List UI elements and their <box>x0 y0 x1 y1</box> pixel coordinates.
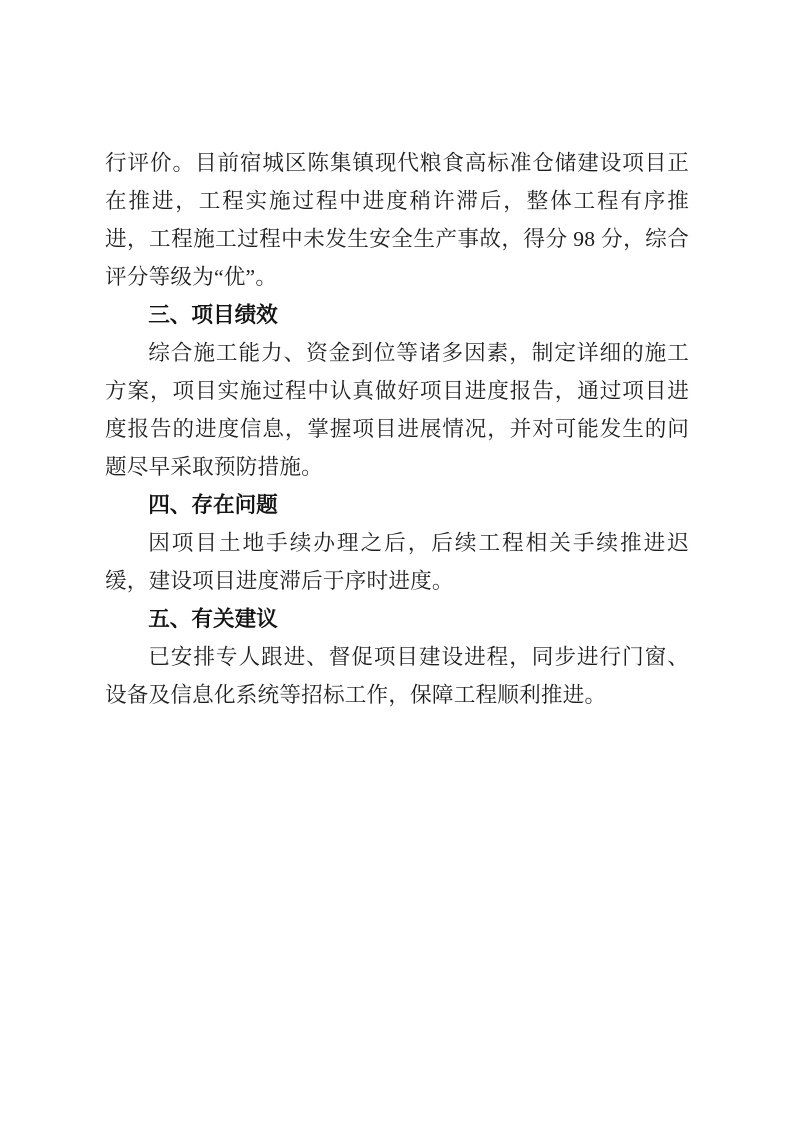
document-content: 行评价。目前宿城区陈集镇现代粮食高标准仓储建设项目正在推进，工程实施过程中进度稍… <box>105 144 689 714</box>
document-page: 行评价。目前宿城区陈集镇现代粮食高标准仓储建设项目正在推进，工程实施过程中进度稍… <box>0 0 793 1122</box>
heading-existing-problems: 四、存在问题 <box>105 486 689 524</box>
continuation-paragraph: 行评价。目前宿城区陈集镇现代粮食高标准仓储建设项目正在推进，工程实施过程中进度稍… <box>105 144 689 296</box>
heading-project-performance: 三、项目绩效 <box>105 296 689 334</box>
paragraph-project-performance: 综合施工能力、资金到位等诸多因素，制定详细的施工方案，项目实施过程中认真做好项目… <box>105 334 689 486</box>
heading-suggestions: 五、有关建议 <box>105 600 689 638</box>
paragraph-suggestions: 已安排专人跟进、督促项目建设进程，同步进行门窗、设备及信息化系统等招标工作，保障… <box>105 638 689 714</box>
paragraph-existing-problems: 因项目土地手续办理之后，后续工程相关手续推进迟缓，建设项目进度滞后于序时进度。 <box>105 524 689 600</box>
